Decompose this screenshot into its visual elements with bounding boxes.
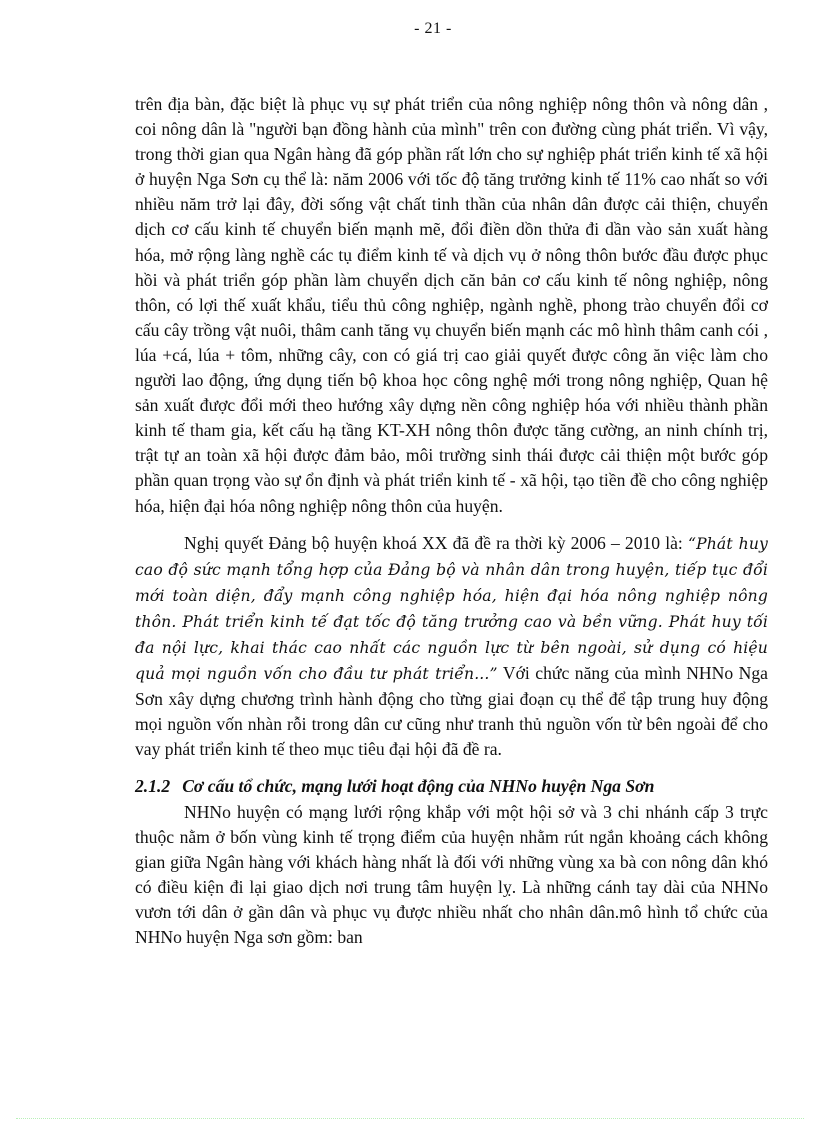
paragraph-network-structure: NHNo huyện có mạng lưới rộng khắp với mộ… (135, 800, 768, 951)
section-title: Cơ cấu tổ chức, mạng lưới hoạt động của … (182, 776, 654, 796)
page-bottom-dotted-rule (16, 1118, 804, 1119)
section-number: 2.1.2 (135, 776, 170, 796)
page-number: - 21 - (0, 20, 816, 38)
document-page: - 21 - trên địa bàn, đặc biệt là phục vụ… (0, 0, 816, 1123)
section-heading: 2.1.2Cơ cấu tổ chức, mạng lưới hoạt động… (135, 774, 768, 799)
paragraph-development-overview: trên địa bàn, đặc biệt là phục vụ sự phá… (135, 92, 768, 519)
resolution-quote: “Phát huy cao độ sức mạnh tổng hợp của Đ… (135, 535, 768, 683)
body-text: trên địa bàn, đặc biệt là phục vụ sự phá… (135, 92, 768, 950)
resolution-intro: Nghị quyết Đảng bộ huyện khoá XX đã đề r… (184, 533, 688, 553)
paragraph-party-resolution: Nghị quyết Đảng bộ huyện khoá XX đã đề r… (135, 531, 768, 763)
